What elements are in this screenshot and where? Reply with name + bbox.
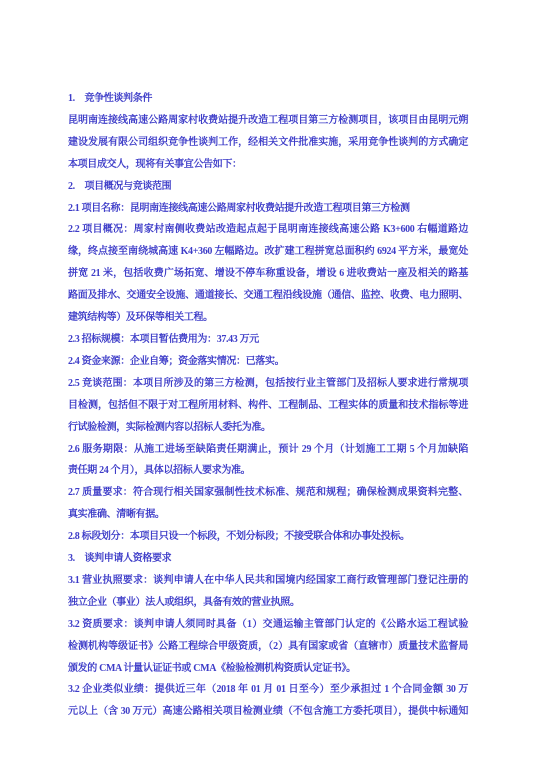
doc-line: 2.7 质量要求：符合现行相关国家强制性技术标准、规范和规程；确保检测成果资料完… (68, 482, 468, 504)
doc-line: 3.1 营业执照要求：谈判申请人在中华人民共和国境内经国家工商行政管理部门登记注… (68, 570, 468, 592)
doc-line: 2.2 项目概况：周家村南侧收费站改造起点起于昆明南连接线高速公路 K3+600… (68, 219, 468, 241)
doc-line: 2.8 标段划分：本项目只设一个标段，不划分标段；不接受联合体和办事处投标。 (68, 526, 468, 548)
doc-line: 责任期 24 个月），具体以招标人要求为准。 (68, 460, 468, 482)
document-text-block: 1. 竞争性谈判条件 昆明南连接线高速公路周家村收费站提升改造工程项目第三方检测… (68, 88, 468, 723)
doc-line: 独立企业（事业）法人或组织，具备有效的营业执照。 (68, 592, 468, 614)
doc-line: 2.1 项目名称：昆明南连接线高速公路周家村收费站提升改造工程项目第三方检测 (68, 198, 468, 220)
doc-line: 颁发的 CMA 计量认证证书或 CMA《检验检测机构资质认定证书》。 (68, 658, 468, 680)
doc-line: 昆明南连接线高速公路周家村收费站提升改造工程项目第三方检测项目，该项目由昆明元朔 (68, 110, 468, 132)
doc-line: 2.6 服务期限：从施工进场至缺陷责任期满止，预计 29 个月（计划施工工期 5… (68, 439, 468, 461)
document-page: 1. 竞争性谈判条件 昆明南连接线高速公路周家村收费站提升改造工程项目第三方检测… (0, 0, 554, 783)
doc-line: 元以上（含 30 万元）高速公路相关项目检测业绩（不包含施工方委托项目），提供中… (68, 701, 468, 723)
doc-line: 2.4 资金来源：企业自筹；资金落实情况：已落实。 (68, 351, 468, 373)
doc-line: 路面及排水、交通安全设施、通道接长、交通工程沿线设施（通信、监控、收费、电力照明… (68, 285, 468, 307)
section-heading: 3. 谈判申请人资格要求 (68, 548, 468, 570)
doc-line: 目检测，包括但不限于对工程所用材料、构件、工程制品、工程实体的质量和技术指标等进 (68, 395, 468, 417)
doc-line: 3.2 资质要求：谈判申请人须同时具备（1）交通运输主管部门认定的《公路水运工程… (68, 614, 468, 636)
section-heading: 2. 项目概况与竞谈范围 (68, 176, 468, 198)
section-heading: 1. 竞争性谈判条件 (68, 88, 468, 110)
doc-line: 本项目成交人，现将有关事宜公告如下： (68, 154, 468, 176)
doc-line: 检测机构等级证书》公路工程综合甲级资质，（2）具有国家或省（直辖市）质量技术监督… (68, 636, 468, 658)
doc-line: 拼宽 21 米，包括收费广场拓宽、增设不停车称重设备，增设 6 进收费站一座及相… (68, 263, 468, 285)
doc-line: 缘，终点接至南绕城高速 K4+360 左幅路边。改扩建工程拼宽总面积约 6924… (68, 241, 468, 263)
doc-line: 建设发展有限公司组织竞争性谈判工作，经相关文件批准实施，采用竞争性谈判的方式确定 (68, 132, 468, 154)
doc-line: 建筑结构等）及环保等相关工程。 (68, 307, 468, 329)
doc-line: 真实准确、清晰有据。 (68, 504, 468, 526)
doc-line: 行试验检测，实际检测内容以招标人委托为准。 (68, 417, 468, 439)
doc-line: 2.5 竞谈范围：本项目所涉及的第三方检测，包括按行业主管部门及招标人要求进行常… (68, 373, 468, 395)
doc-line: 3.2 企业类似业绩：提供近三年（2018 年 01 月 01 日至今）至少承担… (68, 679, 468, 701)
doc-line: 2.3 招标规模：本项目暂估费用为：37.43 万元 (68, 329, 468, 351)
